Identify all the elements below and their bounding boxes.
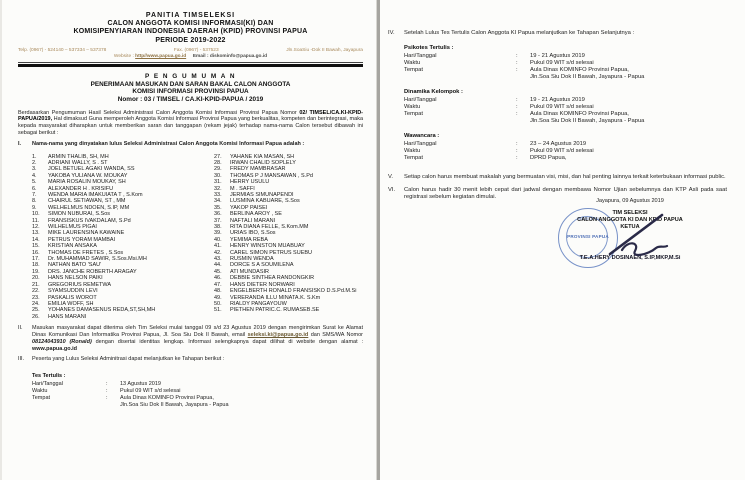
schedule-row: Hari/Tanggal:23 – 24 Agustus 2019 <box>404 141 727 148</box>
candidate-row: 26.HANS MARANI <box>32 314 214 320</box>
telp-text: Telp. (0967) - 524140 – 537334 – 537378 <box>18 48 106 54</box>
value-text: Aula Dinas KOMINFO Provinsi Papua, Jln.S… <box>120 395 363 409</box>
candidate-column-2: 27.YAHANE KIA MASAN, SH28.IRWAN CHALID S… <box>214 154 363 321</box>
letterhead-line1: PANITIA TIMSELEKSI <box>18 12 363 20</box>
colon-text: : <box>516 67 530 81</box>
submission-email-link: seleksi.ki@papua.go.id <box>248 332 309 338</box>
colon-text: : <box>516 53 530 60</box>
label-text: Waktu <box>32 388 106 395</box>
email-address: diskominfo@papua.go.id <box>210 54 267 59</box>
announcement-title: P E N G U M U M A N <box>18 73 363 81</box>
no-text: 26. <box>32 314 48 320</box>
candidate-list: 1.ARMIN THALIB, SH, MH2.ADRIANI WALLY, S… <box>32 154 363 321</box>
section-4-roman: IV. <box>388 30 404 37</box>
no-text: 51. <box>214 307 230 313</box>
schedule-tes-tertulis: Tes Tertulis : Hari/Tanggal:13 Agustus 2… <box>32 373 363 409</box>
letterhead-line2: CALON ANGGOTA KOMISI INFORMASI(KI) DAN <box>18 20 363 28</box>
section-1: I. Nama-nama yang dinyatakan lulus Selek… <box>18 141 363 148</box>
value-text: 19 - 21 Agustus 2019 <box>530 53 727 60</box>
schedule-title: Dinamika Kelompok : <box>404 89 727 96</box>
section-4: IV. Setelah Lulus Tes Tertulis Calon Ang… <box>388 30 727 37</box>
address-text: Jln.SoaSiu -Dok II Bawah, Jayapura <box>286 48 363 54</box>
schedule-dinamika-kelompok: Dinamika Kelompok : Hari/Tanggal:19 - 21… <box>404 89 727 125</box>
section-4-text: Setelah Lulus Tes Tertulis Calon Anggota… <box>404 30 727 37</box>
email-label: Email : <box>193 54 209 59</box>
colon-text: : <box>516 148 530 155</box>
schedule-row: Tempat:Aula Dinas KOMINFO Provinsi Papua… <box>404 111 727 125</box>
schedule-row: Tempat:DPRD Papua, <box>404 155 727 162</box>
value-text: 19 - 21 Agustus 2019 <box>530 97 727 104</box>
section-3-roman: III. <box>18 356 32 363</box>
colon-text: : <box>106 388 120 395</box>
schedule-row: Hari/Tanggal:19 - 21 Agustus 2019 <box>404 53 727 60</box>
info-website: www.papua.go.id <box>32 346 77 352</box>
schedule-title: Wawancara : <box>404 133 727 140</box>
signature-scribble <box>592 212 678 264</box>
section-5-text: Setiap calon harus membuat makalah yang … <box>404 174 727 181</box>
value-text: Pukul 09 WIT s/d selesai <box>120 388 363 395</box>
colon-text: : <box>106 395 120 409</box>
colon-text: : <box>516 141 530 148</box>
letterhead-contact: Telp. (0967) - 524140 – 537334 – 537378 … <box>18 48 363 60</box>
announcement-heading: P E N G U M U M A N PENERIMAAN MASUKAN D… <box>18 73 363 103</box>
website-label: Website : <box>114 54 134 59</box>
label-text: Hari/Tanggal <box>32 381 106 388</box>
label-text: Tempat <box>404 155 516 162</box>
candidate-row: 51.PIETHEN PATRIC.C. RUMASEB.SE <box>214 307 363 313</box>
label-text: Tempat <box>32 395 106 409</box>
letterhead-line3: KOMISIPENYIARAN INDONESIA DAERAH (KPID) … <box>18 28 363 36</box>
website-link: http//www.papua.go.id <box>135 54 186 59</box>
value-text: DPRD Papua, <box>530 155 727 162</box>
signature-block: Jayapura, 09 Agustus 2019 TIM SELEKSI CA… <box>530 198 730 262</box>
value-text: Pukul 09 WIT s/d selesai <box>530 148 727 155</box>
announcement-subtitle2: KOMISI INFORMASI PROVINSI PAPUA <box>18 88 363 96</box>
value-text: Pukul 09 WIT s/d selesai <box>530 60 727 67</box>
announcement-number: Nomor : 03 / TIMSEL / CA.KI-KPID-PAPUA /… <box>18 96 363 104</box>
schedule-wawancara: Wawancara : Hari/Tanggal:23 – 24 Agustus… <box>404 133 727 162</box>
section-5-roman: V. <box>388 174 404 181</box>
value-text: Aula Dinas KOMINFO Provinsi Papua, Jln.S… <box>530 111 727 125</box>
intro-post: Hal dimaksud Guna memperoleh Anggota Kom… <box>18 116 363 136</box>
section-2-text: Masukan masyarakat dapat diterima oleh T… <box>32 325 363 352</box>
page-1: PANITIA TIMSELEKSI CALON ANGGOTA KOMISI … <box>2 0 377 480</box>
schedule-row: Waktu:Pukul 09 WIT s/d selesai <box>404 104 727 111</box>
letterhead-line4: PERIODE 2019-2022 <box>18 37 363 45</box>
label-text: Waktu <box>404 104 516 111</box>
schedule-rows: Hari/Tanggal:19 - 21 Agustus 2019Waktu:P… <box>404 97 727 125</box>
schedule-title: Psikotes Tertulis : <box>404 45 727 52</box>
section-1-roman: I. <box>18 141 32 148</box>
intro-paragraph: Berdasarkan Pengumuman Hasil Seleksi Adm… <box>18 110 363 137</box>
letterhead: PANITIA TIMSELEKSI CALON ANGGOTA KOMISI … <box>18 12 363 45</box>
schedule-row: Hari/Tanggal:19 - 21 Agustus 2019 <box>404 97 727 104</box>
value-text: 13 Agustus 2019 <box>120 381 363 388</box>
section-2-mid: dan SMS/WA Nomor <box>308 332 363 338</box>
colon-text: : <box>516 104 530 111</box>
candidate-column-1: 1.ARMIN THALIB, SH, MH2.ADRIANI WALLY, S… <box>32 154 214 321</box>
label-text: Tempat <box>404 67 516 81</box>
schedule-title: Tes Tertulis : <box>32 373 363 380</box>
name-text: PIETHEN PATRIC.C. RUMASEB.SE <box>230 307 363 313</box>
value-text: Pukul 09 WIT s/d selesai <box>530 104 727 111</box>
section-2-post: dengan disertai identitas lengkap. Infor… <box>92 339 363 345</box>
label-text: Waktu <box>404 60 516 67</box>
label-text: Tempat <box>404 111 516 125</box>
section-2-roman: II. <box>18 325 32 352</box>
colon-text: : <box>516 155 530 162</box>
schedule-row: Waktu:Pukul 09 WIT s/d selesai <box>404 60 727 67</box>
label-text: Hari/Tanggal <box>404 53 516 60</box>
schedule-rows: Hari/Tanggal:23 – 24 Agustus 2019Waktu:P… <box>404 141 727 162</box>
section-3: III. Peserta yang Lulus Seleksi Adminitr… <box>18 356 363 363</box>
section-6-roman: VI. <box>388 187 404 201</box>
schedule-row: Tempat:Aula Dinas KOMINFO Provinsi Papua… <box>32 395 363 409</box>
document-scan: PANITIA TIMSELEKSI CALON ANGGOTA KOMISI … <box>0 0 745 480</box>
colon-text: : <box>516 60 530 67</box>
value-text: Aula Dinas KOMINFO Provinsi Papua, Jln.S… <box>530 67 727 81</box>
schedule-rows: Hari/Tanggal:13 Agustus 2019Waktu:Pukul … <box>32 381 363 409</box>
section-1-text: Nama-nama yang dinyatakan lulus Seleksi … <box>32 141 363 148</box>
section-3-text: Peserta yang Lulus Seleksi Adminitrasi d… <box>32 356 363 363</box>
name-text: HANS MARANI <box>48 314 214 320</box>
schedule-row: Waktu:Pukul 09 WIT s/d selesai <box>404 148 727 155</box>
header-rule-thin <box>18 62 363 63</box>
schedule-psikotes: Psikotes Tertulis : Hari/Tanggal:19 - 21… <box>404 45 727 81</box>
schedule-row: Tempat:Aula Dinas KOMINFO Provinsi Papua… <box>404 67 727 81</box>
place-date: Jayapura, 09 Agustus 2019 <box>530 198 730 205</box>
schedule-row: Waktu:Pukul 09 WIT s/d selesai <box>32 388 363 395</box>
label-text: Waktu <box>404 148 516 155</box>
schedule-rows: Hari/Tanggal:19 - 21 Agustus 2019Waktu:P… <box>404 53 727 81</box>
announcement-subtitle1: PENERIMAAN MASUKAN DAN SARAN BAKAL CALON… <box>18 81 363 89</box>
section-2: II. Masukan masyarakat dapat diterima ol… <box>18 325 363 352</box>
value-text: 23 – 24 Agustus 2019 <box>530 141 727 148</box>
colon-text: : <box>516 97 530 104</box>
intro-pre: Berdasarkan Pengumuman Hasil Seleksi Adm… <box>18 110 299 116</box>
header-rule-thick <box>18 64 363 67</box>
section-5: V. Setiap calon harus membuat makalah ya… <box>388 174 727 181</box>
label-text: Hari/Tanggal <box>404 97 516 104</box>
colon-text: : <box>516 111 530 125</box>
sms-wa-number: 08124043910 (Ronald) <box>32 339 92 345</box>
schedule-row: Hari/Tanggal:13 Agustus 2019 <box>32 381 363 388</box>
page-2: IV. Setelah Lulus Tes Tertulis Calon Ang… <box>380 0 745 480</box>
label-text: Hari/Tanggal <box>404 141 516 148</box>
colon-text: : <box>106 381 120 388</box>
